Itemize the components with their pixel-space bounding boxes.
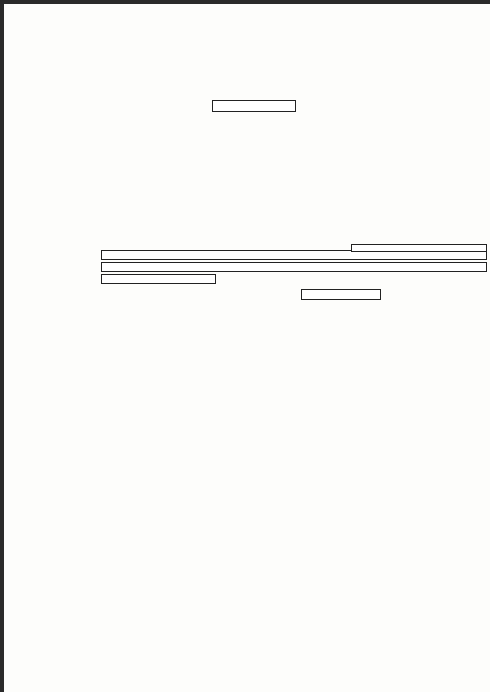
redacted-address-line xyxy=(101,262,487,272)
redacted-agreement-number xyxy=(212,100,296,112)
redacted-field-2 xyxy=(101,274,216,284)
redacted-field xyxy=(351,244,487,252)
document-page xyxy=(4,4,490,692)
redacted-agreement-number-2 xyxy=(301,289,381,300)
